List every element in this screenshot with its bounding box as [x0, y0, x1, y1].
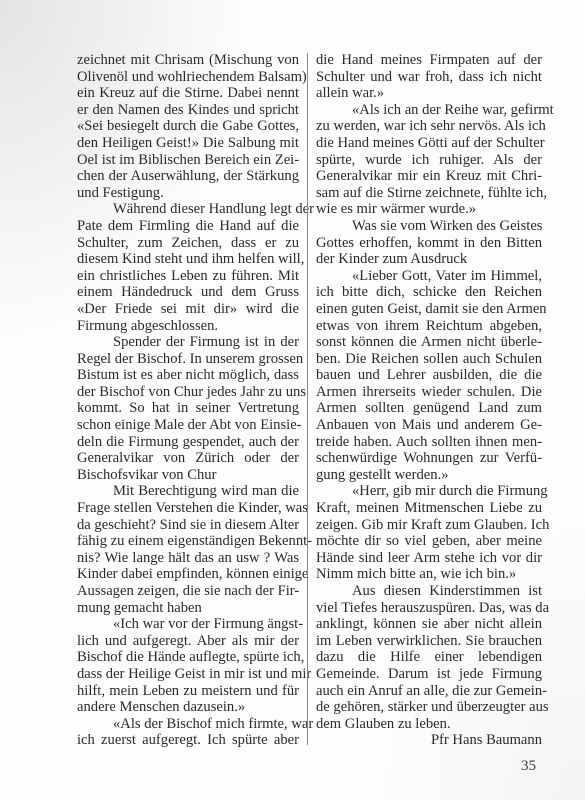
text-line: möchte dir so viel geben, aber meine — [316, 533, 542, 550]
text-line: «Als der Bischof mich firmte, war — [77, 716, 299, 733]
text-line: «Ich war vor der Firmung ängst- — [77, 616, 299, 633]
text-line: Armen sollten genügend Land zum — [316, 400, 542, 417]
text-line: Hände sind leer Arm stehe ich vor dir — [316, 550, 542, 567]
text-line: Schulter, zum Zeichen, dass er zu — [77, 235, 299, 252]
text-line: Bischofsvikar von Chur — [77, 467, 299, 484]
text-line: auch ein Anruf an alle, die zur Gemein- — [316, 683, 542, 700]
text-line: Armen ihrerseits wieder schulen. Die — [316, 384, 542, 401]
text-line: Während dieser Handlung legt der — [77, 201, 299, 218]
text-line: ich zuerst aufgeregt. Ich spürte aber — [77, 732, 299, 749]
text-line: «Lieber Gott, Vater im Himmel, — [316, 268, 542, 285]
text-line: Generalvikar von Zürich oder der — [77, 450, 299, 467]
text-line: der Bischof von Chur jedes Jahr zu uns — [77, 384, 299, 401]
text-line: der Kinder zum Ausdruck — [316, 251, 542, 268]
text-line: anklingt, können sie aber nicht allein — [316, 616, 542, 633]
column-divider — [307, 53, 308, 745]
text-line: viel Tiefes herauszuspüren. Das, was da — [316, 600, 542, 617]
left-text-column: zeichnet mit Chrisam (Mischung vonOliven… — [77, 52, 299, 749]
text-line: Gottes erhoffen, kommt in den Bitten — [316, 235, 542, 252]
text-line: mung gemacht haben — [77, 600, 299, 617]
text-line: Pate dem Firmling die Hand auf die — [77, 218, 299, 235]
text-line: Kraft, meinen Mitmenschen Liebe zu — [316, 500, 542, 517]
text-line: Olivenöl und wohlriechendem Balsam) — [77, 69, 299, 86]
text-line: «Sei besiegelt durch die Gabe Gottes, — [77, 118, 299, 135]
text-line: dass der Heilige Geist in mir ist und mi… — [77, 666, 299, 683]
text-line: treide haben. Auch sollten ihnen men- — [316, 434, 542, 451]
text-line: ein Kreuz auf die Stirne. Dabei nennt — [77, 85, 299, 102]
text-line: Was sie vom Wirken des Geistes — [316, 218, 542, 235]
text-line: wie es mir wärmer wurde.» — [316, 201, 542, 218]
text-line: da geschieht? Sind sie in diesem Alter — [77, 517, 299, 534]
author-signature: Pfr Hans Baumann — [316, 732, 542, 749]
text-line: diesem Kind steht und ihm helfen will, — [77, 251, 299, 268]
text-line: «Als ich an der Reihe war, gefirmt — [316, 102, 542, 119]
text-line: Mit Berechtigung wird man die — [77, 483, 299, 500]
text-line: dazu die Hilfe einer lebendigen — [316, 649, 542, 666]
text-line: die Hand meines Firmpaten auf der — [316, 52, 542, 69]
text-line: im Leben verwirklichen. Sie brauchen — [316, 633, 542, 650]
text-line: Anbauen von Mais und anderem Ge- — [316, 417, 542, 434]
text-line: bauen und Lehrer ausbilden, die die — [316, 367, 542, 384]
text-line: spürte, wurde ich ruhiger. Als der — [316, 152, 542, 169]
text-line: gung gestellt werden.» — [316, 467, 542, 484]
text-line: einem Händedruck und dem Gruss — [77, 284, 299, 301]
text-line: allein war.» — [316, 85, 542, 102]
text-line: dem Glauben zu leben. — [316, 716, 542, 733]
text-line: Frage stellen Verstehen die Kinder, was — [77, 500, 299, 517]
text-line: Oel ist im Biblischen Bereich ein Zei- — [77, 152, 299, 169]
text-line: den Heiligen Geist!» Die Salbung mit — [77, 135, 299, 152]
text-line: Bischof die Hände auflegte, spürte ich, — [77, 649, 299, 666]
text-line: zeigen. Gib mir Kraft zum Glauben. Ich — [316, 517, 542, 534]
text-line: ein christliches Leben zu führen. Mit — [77, 268, 299, 285]
text-line: schenwürdige Wohnungen zur Verfü- — [316, 450, 542, 467]
text-line: Generalvikar mir ein Kreuz mit Chri- — [316, 168, 542, 185]
text-line: zu werden, war ich sehr nervös. Als ich — [316, 118, 542, 135]
text-line: chen der Auserwählung, der Stärkung — [77, 168, 299, 185]
text-line: einen guten Geist, damit sie den Armen — [316, 301, 542, 318]
text-line: er den Namen des Kindes und spricht — [77, 102, 299, 119]
document-page: zeichnet mit Chrisam (Mischung vonOliven… — [0, 0, 585, 800]
text-line: Kinder dabei empfinden, können einige — [77, 566, 299, 583]
text-line: Nimm mich bitte an, wie ich bin.» — [316, 566, 542, 583]
text-line: Regel der Bischof. In unserem grossen — [77, 351, 299, 368]
text-line: schon einige Male der Abt von Einsie- — [77, 417, 299, 434]
text-line: deln die Firmung gespendet, auch der — [77, 434, 299, 451]
text-line: und Festigung. — [77, 185, 299, 202]
text-line: die Hand meines Götti auf der Schulter — [316, 135, 542, 152]
text-line: Aussagen zeigen, die sie nach der Fir- — [77, 583, 299, 600]
text-line: ben. Die Reichen sollen auch Schulen — [316, 351, 542, 368]
text-line: Firmung abgeschlossen. — [77, 318, 299, 335]
text-line: andere Menschen dazusein.» — [77, 699, 299, 716]
text-line: de gehören, stärker und überzeugter aus — [316, 699, 542, 716]
text-line: sam auf die Stirne zeichnete, fühlte ich… — [316, 185, 542, 202]
text-line: sonst können die Armen nicht überle- — [316, 334, 542, 351]
text-line: «Der Friede sei mit dir» wird die — [77, 301, 299, 318]
text-line: Schulter und war froh, dass ich nicht — [316, 69, 542, 86]
text-line: kommt. So hat in seiner Vertretung — [77, 400, 299, 417]
text-line: fähig zu einem eigenständigen Bekennt- — [77, 533, 299, 550]
text-line: «Herr, gib mir durch die Firmung — [316, 483, 542, 500]
page-number: 35 — [521, 758, 536, 775]
text-line: Gemeinde. Darum ist jede Firmung — [316, 666, 542, 683]
text-line: Aus diesen Kinderstimmen ist — [316, 583, 542, 600]
text-line: zeichnet mit Chrisam (Mischung von — [77, 52, 299, 69]
text-line: Bistum ist es aber nicht möglich, dass — [77, 367, 299, 384]
text-line: etwas von ihrem Reichtum abgeben, — [316, 318, 542, 335]
text-line: hilft, mein Leben zu meistern und für — [77, 683, 299, 700]
text-line: lich und aufgeregt. Aber als mir der — [77, 633, 299, 650]
text-line: Spender der Firmung ist in der — [77, 334, 299, 351]
right-text-column: die Hand meines Firmpaten auf derSchulte… — [316, 52, 542, 749]
text-line: ich bitte dich, schicke den Reichen — [316, 284, 542, 301]
text-line: nis? Wie lange hält das an usw ? Was — [77, 550, 299, 567]
